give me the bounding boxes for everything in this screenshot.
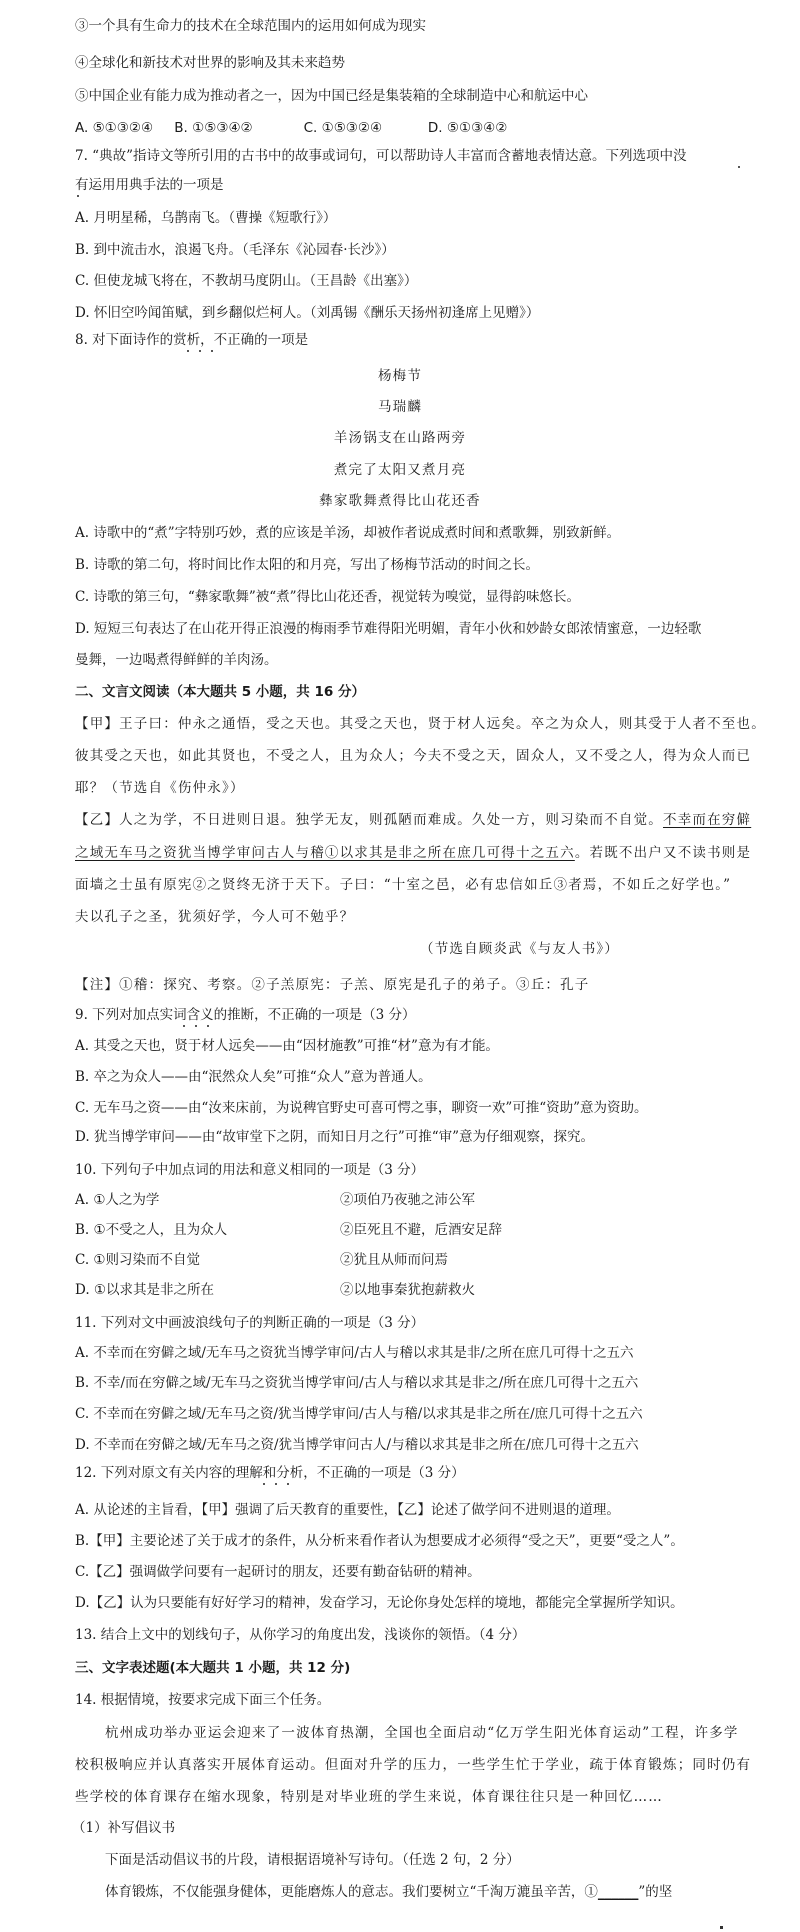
emphasis-dot — [287, 1483, 289, 1485]
q9-option-b[interactable]: B. 卒之为众人——由“泯然众人矣”可推“众人”意为普通人。 — [75, 1067, 780, 1087]
q12-option-a[interactable]: A. 从论述的主旨看，【甲】强调了后天教育的重要性，【乙】论述了做学问不进则退的… — [75, 1500, 780, 1520]
passage-yi-text: 【乙】人之为学，不日进则日退。独学无友，则孤陋而难成。久处一方，则习染而不自觉。 — [75, 812, 663, 828]
q8-option-b[interactable]: B. 诗歌的第二句，将时间比作太阳的和月亮，写出了杨梅节活动的时间之长。 — [75, 555, 780, 575]
q6-option-d[interactable]: D. ⑤①③④② — [428, 118, 508, 138]
q6-item-3: ③一个具有生命力的技术在全球范围内的运用如何成为现实 — [75, 16, 780, 36]
wavy-underlined-sentence: 不幸而在穷僻 — [663, 812, 751, 828]
emphasis-dot — [211, 350, 213, 352]
q8-option-c[interactable]: C. 诗歌的第三句，“彝家歌舞”被“煮”得比山花还香，视觉转为嗅觉，显得韵味悠长… — [75, 587, 780, 607]
q11-option-b[interactable]: B. 不幸/而在穷僻之域/无车马之资犹当博学审问/古人与稽以求其是非之/所在庶几… — [75, 1373, 780, 1393]
q6-option-c[interactable]: C. ①⑤③②④ — [304, 118, 424, 138]
passage-yi-line4: 夫以孔子之圣，犹须好学，今人可不勉乎？ — [75, 907, 780, 927]
q9-option-a[interactable]: A. 其受之天也，贤于材人远矣——由“因材施教”可推“材”意为有才能。 — [75, 1036, 780, 1056]
emphasis-dot — [275, 1483, 277, 1485]
page-corner-mark — [720, 1926, 723, 1929]
q10-option-d-sentence1: D. ①以求其是非之所在 — [75, 1282, 214, 1298]
q6-item-5: ⑤中国企业有能力成为推动者之一，因为中国已经是集装箱的全球制造中心和航运中心 — [75, 86, 780, 106]
q8-stem: 8. 对下面诗作的赏析，不正确的一项是 — [75, 330, 780, 350]
q9-option-d[interactable]: D. 犹当博学审问——由“故审堂下之阴，而知日月之行”可推“审”意为仔细观察，探… — [75, 1127, 780, 1147]
q7-option-a[interactable]: A. 月明星稀，乌鹊南飞。（曹操《短歌行》） — [75, 208, 780, 228]
q14-context-line2: 校积极响应并认真落实开展体育运动。但面对升学的压力，一些学生忙于学业，疏于体育锻… — [75, 1755, 780, 1775]
section-2-heading: 二、文言文阅读（本大题共 5 小题，共 16 分） — [75, 682, 780, 702]
poem-line-3: 彝家歌舞煮得比山花还香 — [0, 491, 800, 511]
q12-option-d[interactable]: D.【乙】认为只要能有好好学习的精神，发奋学习，无论你身处怎样的境地，都能完全掌… — [75, 1593, 780, 1613]
annotation-note: 【注】①稽：探究、考察。②子羔原宪：子羔、原宪是孔子的弟子。③丘：孔子 — [75, 975, 780, 995]
q7-stem-line1: 7. “典故”指诗文等所引用的古书中的故事或词句，可以帮助诗人丰富而含蓄地表情达… — [75, 146, 780, 166]
q9-option-c[interactable]: C. 无车马之资——由“汝来床前，为说稗官野史可喜可愕之事，聊资一欢”可推“资助… — [75, 1098, 780, 1118]
q8-option-d-cont: 曼舞，一边喝煮得鲜鲜的羊肉汤。 — [75, 650, 780, 670]
passage-yi-text: 。若既不出户又不读书则是 — [575, 845, 751, 861]
emphasis-dot — [738, 166, 740, 168]
q7-option-d[interactable]: D. 怀旧空吟闻笛赋，到乡翻似烂柯人。（刘禹锡《酬乐天扬州初逢席上见赠》） — [75, 303, 780, 323]
passage-yi-source: （节选自顾炎武《与友人书》） — [420, 939, 780, 959]
q8-option-d[interactable]: D. 短短三句表达了在山花开得正浪漫的梅雨季节难得阳光明媚，青年小伙和妙龄女郎浓… — [75, 619, 780, 639]
wavy-underlined-sentence: 之域无车马之资犹当博学审问古人与稽①以求其是非之所在庶几可得十之五六 — [75, 845, 575, 861]
q10-option-a-sentence2: ②项伯乃夜驰之沛公军 — [340, 1190, 475, 1210]
q10-option-b-sentence2: ②臣死且不避，卮酒安足辞 — [340, 1220, 502, 1240]
q10-option-c-sentence1: C. ①则习染而不自觉 — [75, 1252, 200, 1268]
q11-stem: 11. 下列对文中画波浪线句子的判断正确的一项是（3 分） — [75, 1313, 780, 1333]
task1-title: （1）补写倡议书 — [72, 1818, 780, 1838]
task1-text-before: 体育锻炼，不仅能强身健体，更能磨炼人的意志。我们要树立“千淘万漉虽辛苦，① — [105, 1884, 598, 1900]
emphasis-dot — [187, 350, 189, 352]
q14-stem: 14. 根据情境，按要求完成下面三个任务。 — [75, 1690, 780, 1710]
q7-option-c[interactable]: C. 但使龙城飞将在，不教胡马度阴山。（王昌龄《出塞》） — [75, 271, 780, 291]
q6-item-4: ④全球化和新技术对世界的影响及其未来趋势 — [75, 53, 780, 73]
q10-option-b-sentence1: B. ①不受之人，且为众人 — [75, 1222, 227, 1238]
q10-stem: 10. 下列句子中加点词的用法和意义相同的一项是（3 分） — [75, 1160, 780, 1180]
task1-text-after: ”的坚 — [638, 1884, 672, 1900]
q7-stem-line2: 有运用用典手法的一项是 — [75, 175, 780, 195]
q6-option-a[interactable]: A. ⑤①③②④ — [75, 118, 170, 138]
q13-stem: 13. 结合上文中的划线句子，从你学习的角度出发，浅谈你的领悟。（4 分） — [75, 1625, 780, 1645]
q12-stem: 12. 下列对原文有关内容的理解和分析，不正确的一项是（3 分） — [75, 1463, 780, 1483]
emphasis-dot — [195, 1025, 197, 1027]
q10-option-c-sentence2: ②犹且从师而问焉 — [340, 1250, 448, 1270]
poem-author: 马瑞麟 — [0, 397, 800, 417]
q11-option-d[interactable]: D. 不幸而在穷僻之域/无车马之资/犹当博学审问古人/与稽以求其是非之所在/庶几… — [75, 1435, 780, 1455]
section-3-heading: 三、文字表述题(本大题共 1 小题，共 12 分) — [75, 1658, 780, 1678]
task1-instruction: 下面是活动倡议书的片段，请根据语境补写诗句。（任选 2 句，2 分） — [105, 1850, 780, 1870]
q7-option-b[interactable]: B. 到中流击水，浪遏飞舟。（毛泽东《沁园春·长沙》） — [75, 240, 780, 260]
q10-option-a-sentence1: A. ①人之为学 — [75, 1192, 159, 1208]
passage-jia-line3: 耶？（节选自《伤仲永》） — [75, 778, 780, 798]
q9-stem: 9. 下列对加点实词含义的推断，不正确的一项是（3 分） — [75, 1005, 780, 1025]
q11-option-a[interactable]: A. 不幸而在穷僻之域/无车马之资犹当博学审问/古人与稽以求其是非/之所在庶几可… — [75, 1343, 780, 1363]
emphasis-dot — [77, 195, 79, 197]
passage-yi-line3: 面墙之士虽有原宪②之贤终无济于天下。子曰：“十室之邑，必有忠信如丘③者焉，不如丘… — [75, 875, 780, 895]
emphasis-dot — [199, 350, 201, 352]
poem-title: 杨梅节 — [0, 366, 800, 386]
q14-context-line3: 些学校的体育课存在缩水现象，特别是对毕业班的学生来说，体育课往往只是一种回忆…… — [75, 1787, 780, 1807]
q12-option-c[interactable]: C.【乙】强调做学问要有一起研讨的朋友，还要有勤奋钻研的精神。 — [75, 1562, 780, 1582]
q12-option-b[interactable]: B.【甲】主要论述了关于成才的条件，从分析来看作者认为想要成才必须得“受之天”，… — [75, 1531, 780, 1551]
emphasis-dot — [183, 1025, 185, 1027]
emphasis-dot — [263, 1483, 265, 1485]
q10-option-a[interactable]: A. ①人之为学②项伯乃夜驰之沛公军 — [75, 1190, 780, 1210]
answer-blank-1[interactable]: ______ — [598, 1884, 639, 1900]
q10-option-d-sentence2: ②以地事秦犹抱薪救火 — [340, 1280, 475, 1300]
q11-option-c[interactable]: C. 不幸而在穷僻之域/无车马之资/犹当博学审问/古人与稽/以求其是非之所在/庶… — [75, 1404, 780, 1424]
emphasis-dot — [207, 1025, 209, 1027]
q6-options: A. ⑤①③②④ B. ①⑤③④② C. ①⑤③②④ D. ⑤①③④② — [75, 118, 780, 138]
passage-jia-line1: 【甲】王子曰：仲永之通悟，受之天也。其受之天也，贤于材人远矣。卒之为众人，则其受… — [75, 714, 780, 734]
q8-option-a[interactable]: A. 诗歌中的“煮”字特别巧妙，煮的应该是羊汤，却被作者说成煮时间和煮歌舞，别致… — [75, 523, 780, 543]
q10-option-d[interactable]: D. ①以求其是非之所在②以地事秦犹抱薪救火 — [75, 1280, 780, 1300]
q10-option-c[interactable]: C. ①则习染而不自觉②犹且从师而问焉 — [75, 1250, 780, 1270]
q6-option-b[interactable]: B. ①⑤③④② — [174, 118, 299, 138]
passage-jia-line2: 彼其受之天也，如此其贤也，不受之人，且为众人；今夫不受之天，固众人，又不受之人，… — [75, 746, 780, 766]
poem-line-1: 羊汤锅支在山路两旁 — [0, 428, 800, 448]
passage-yi-line2: 之域无车马之资犹当博学审问古人与稽①以求其是非之所在庶几可得十之五六。若既不出户… — [75, 843, 780, 863]
task1-text: 体育锻炼，不仅能强身健体，更能磨炼人的意志。我们要树立“千淘万漉虽辛苦，①___… — [105, 1882, 780, 1902]
q10-option-b[interactable]: B. ①不受之人，且为众人②臣死且不避，卮酒安足辞 — [75, 1220, 780, 1240]
poem-line-2: 煮完了太阳又煮月亮 — [0, 460, 800, 480]
q14-context-line1: 杭州成功举办亚运会迎来了一波体育热潮，全国也全面启动“亿万学生阳光体育运动”工程… — [105, 1723, 780, 1743]
passage-yi-line1: 【乙】人之为学，不日进则日退。独学无友，则孤陋而难成。久处一方，则习染而不自觉。… — [75, 810, 780, 830]
